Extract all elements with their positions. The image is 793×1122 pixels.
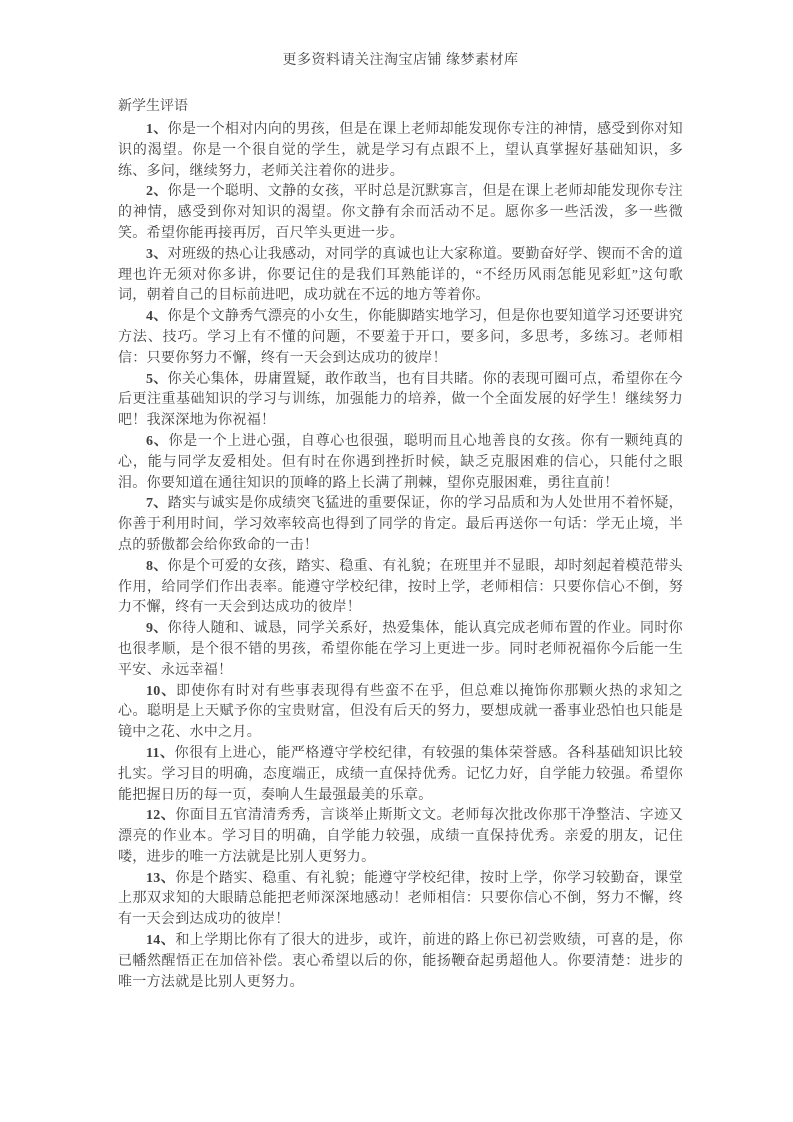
- comment-number: 12、: [146, 808, 175, 823]
- comment-text: 和上学期比你有了很大的进步，或许，前进的路上你已初尝败绩，可喜的是，你已幡然醒悟…: [118, 933, 683, 990]
- comment-text: 你关心集体，毋庸置疑，敢作敢当，也有目共睹。你的表现可圈可点，希望你在今后更注重…: [118, 372, 683, 429]
- comment-number: 8、: [146, 559, 168, 574]
- comment-paragraph-13: 13、你是个踏实、稳重、有礼貌；能遵守学校纪律，按时上学，你学习较勤奋，课堂上那…: [118, 869, 683, 931]
- comment-paragraph-14: 14、和上学期比你有了很大的进步，或许，前进的路上你已初尝败绩，可喜的是，你已幡…: [118, 931, 683, 993]
- comment-number: 7、: [146, 496, 168, 511]
- comment-text: 踏实与诚实是你成绩突飞猛进的重要保证，你的学习品质和为人处世用不着怀疑，你善于利…: [118, 496, 683, 553]
- comment-text: 你是一个聪明、文静的女孩，平时总是沉默寡言，但是在课上老师却能发现你专注的神情，…: [118, 184, 683, 241]
- comment-number: 10、: [146, 684, 176, 699]
- comment-text: 你是个可爱的女孩，踏实、稳重、有礼貌；在班里并不显眼，却时刻起着模范带头作用，给…: [118, 559, 683, 616]
- comment-number: 1、: [146, 122, 168, 137]
- comment-text: 你待人随和、诚恳，同学关系好，热爱集体，能认真完成老师布置的作业。同时你也很孝顺…: [118, 621, 683, 678]
- comment-paragraph-5: 5、你关心集体，毋庸置疑，敢作敢当，也有目共睹。你的表现可圈可点，希望你在今后更…: [118, 370, 683, 432]
- comment-number: 2、: [146, 184, 168, 199]
- comment-paragraph-11: 11、你很有上进心，能严格遵守学校纪律，有较强的集体荣誉感。各科基础知识比较扎实…: [118, 744, 683, 806]
- comment-number: 3、: [146, 247, 168, 262]
- doc-title: 新学生评语: [118, 96, 683, 117]
- comment-paragraph-8: 8、你是个可爱的女孩，踏实、稳重、有礼貌；在班里并不显眼，却时刻起着模范带头作用…: [118, 557, 683, 619]
- comment-paragraph-6: 6、你是一个上进心强，自尊心也很强，聪明而且心地善良的女孩。你有一颗纯真的心，能…: [118, 432, 683, 494]
- comment-paragraph-1: 1、你是一个相对内向的男孩，但是在课上老师却能发现你专注的神情，感受到你对知识的…: [118, 120, 683, 182]
- comment-paragraph-12: 12、你面目五官清清秀秀，言谈举止斯斯文文。老师每次批改你那干净整洁、字迹又漂亮…: [118, 806, 683, 868]
- comment-number: 5、: [146, 372, 168, 387]
- comment-text: 你是一个相对内向的男孩，但是在课上老师却能发现你专注的神情，感受到你对知识的渴望…: [118, 122, 683, 179]
- comment-text: 即使你有时对有些事表现得有些蛮不在乎，但总难以掩饰你那颗火热的求知之心。聪明是上…: [118, 684, 683, 741]
- comment-number: 14、: [146, 933, 175, 948]
- comment-number: 9、: [146, 621, 168, 636]
- comment-text: 对班级的热心让我感动，对同学的真诚也让大家称道。要勤奋好学、锲而不舍的道理也许无…: [118, 247, 683, 304]
- comment-text: 你面目五官清清秀秀，言谈举止斯斯文文。老师每次批改你那干净整洁、字迹又漂亮的作业…: [118, 808, 683, 865]
- comment-text: 你很有上进心，能严格遵守学校纪律，有较强的集体荣誉感。各科基础知识比较扎实。学习…: [118, 746, 683, 803]
- comment-paragraph-2: 2、你是一个聪明、文静的女孩，平时总是沉默寡言，但是在课上老师却能发现你专注的神…: [118, 182, 683, 244]
- document-page: 更多资料请关注淘宝店铺 缘梦素材库 新学生评语 1、你是一个相对内向的男孩，但是…: [0, 0, 793, 1122]
- comment-number: 11、: [146, 746, 175, 761]
- comments-list: 1、你是一个相对内向的男孩，但是在课上老师却能发现你专注的神情，感受到你对知识的…: [118, 120, 683, 993]
- comment-paragraph-9: 9、你待人随和、诚恳，同学关系好，热爱集体，能认真完成老师布置的作业。同时你也很…: [118, 619, 683, 681]
- comment-paragraph-10: 10、即使你有时对有些事表现得有些蛮不在乎，但总难以掩饰你那颗火热的求知之心。聪…: [118, 682, 683, 744]
- header-note: 更多资料请关注淘宝店铺 缘梦素材库: [118, 51, 683, 71]
- comment-paragraph-4: 4、你是个文静秀气漂亮的小女生，你能脚踏实地学习，但是你也要知道学习还要讲究方法…: [118, 307, 683, 369]
- comment-paragraph-3: 3、对班级的热心让我感动，对同学的真诚也让大家称道。要勤奋好学、锲而不舍的道理也…: [118, 245, 683, 307]
- comment-number: 13、: [146, 871, 175, 886]
- comment-text: 你是一个上进心强，自尊心也很强，聪明而且心地善良的女孩。你有一颗纯真的心，能与同…: [118, 434, 683, 491]
- comment-number: 4、: [146, 309, 168, 324]
- comment-text: 你是个文静秀气漂亮的小女生，你能脚踏实地学习，但是你也要知道学习还要讲究方法、技…: [118, 309, 683, 366]
- comment-text: 你是个踏实、稳重、有礼貌；能遵守学校纪律，按时上学，你学习较勤奋，课堂上那双求知…: [118, 871, 683, 928]
- comment-number: 6、: [146, 434, 168, 449]
- comment-paragraph-7: 7、踏实与诚实是你成绩突飞猛进的重要保证，你的学习品质和为人处世用不着怀疑，你善…: [118, 494, 683, 556]
